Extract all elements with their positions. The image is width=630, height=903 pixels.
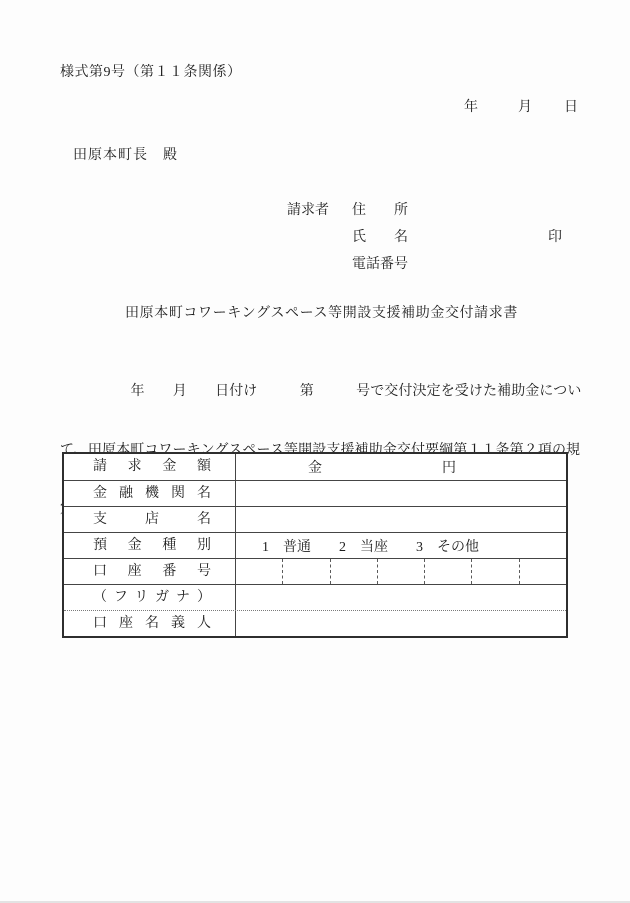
row-account-holder: 口座名義人: [64, 610, 566, 636]
date-month-label: 月: [518, 96, 532, 116]
branch-name-label-cell: 支店名: [64, 507, 236, 532]
requester-label: 請求者: [287, 199, 329, 219]
account-number-label: 口座番号: [93, 565, 211, 579]
form-page: 様式第9号（第１１条関係） 年 月 日 田原本町長 殿 請求者 住 所 氏 名 …: [0, 0, 630, 903]
requester-address-label: 住 所: [352, 199, 408, 219]
amount-suffix-label: 円: [442, 457, 456, 477]
furigana-label-cell: （フリガナ）: [64, 585, 236, 610]
amount-prefix-label: 金: [308, 457, 322, 477]
form-number: 様式第9号（第１１条関係）: [60, 61, 242, 81]
bank-name-label-cell: 金融機関名: [64, 481, 236, 506]
branch-name-value-cell: [236, 507, 566, 532]
body-line: 年 月 日付け 第 号で交付決定を受けた補助金につい: [60, 378, 590, 405]
branch-name-label: 支店名: [93, 513, 211, 527]
addressee: 田原本町長 殿: [73, 144, 178, 164]
account-digit-box: [330, 559, 377, 584]
account-number-label-cell: 口座番号: [64, 559, 236, 584]
payment-table: 請求金額 金 円 金融機関名 支店名 預金種別 1 普通 2 当座: [62, 452, 568, 638]
deposit-type-value-cell: 1 普通 2 当座 3 その他: [236, 533, 566, 558]
row-branch-name: 支店名: [64, 506, 566, 532]
account-digit-box: [519, 559, 566, 584]
date-day-label: 日: [564, 96, 578, 116]
seal-mark: 印: [548, 226, 562, 246]
account-digit-box: [282, 559, 329, 584]
amount-label: 請求金額: [93, 460, 211, 474]
account-digit-box: [471, 559, 518, 584]
bank-name-value-cell: [236, 481, 566, 506]
requester-phone-label: 電話番号: [352, 253, 408, 273]
account-holder-value-cell: [236, 611, 566, 636]
deposit-type-options: 1 普通 2 当座 3 その他: [262, 536, 479, 556]
account-digit-box: [377, 559, 424, 584]
date-line: 年 月 日: [464, 96, 578, 116]
amount-label-cell: 請求金額: [64, 454, 236, 480]
date-year-label: 年: [464, 96, 478, 116]
deposit-type-label: 預金種別: [93, 539, 211, 553]
row-deposit-type: 預金種別 1 普通 2 当座 3 その他: [64, 532, 566, 558]
account-holder-label: 口座名義人: [93, 617, 211, 631]
row-account-number: 口座番号: [64, 558, 566, 584]
row-furigana: （フリガナ）: [64, 584, 566, 610]
account-digit-box: [236, 559, 282, 584]
row-amount: 請求金額 金 円: [64, 454, 566, 480]
account-digit-box: [424, 559, 471, 584]
deposit-type-label-cell: 預金種別: [64, 533, 236, 558]
account-holder-label-cell: 口座名義人: [64, 611, 236, 636]
row-bank-name: 金融機関名: [64, 480, 566, 506]
furigana-label: （フリガナ）: [93, 591, 211, 605]
form-title: 田原本町コワーキングスペース等開設支援補助金交付請求書: [60, 302, 583, 322]
furigana-value-cell: [236, 585, 566, 610]
bank-name-label: 金融機関名: [93, 487, 211, 501]
requester-name-label: 氏 名: [352, 226, 408, 246]
amount-value-cell: 金 円: [236, 454, 566, 480]
account-number-value-cell: [236, 559, 566, 584]
